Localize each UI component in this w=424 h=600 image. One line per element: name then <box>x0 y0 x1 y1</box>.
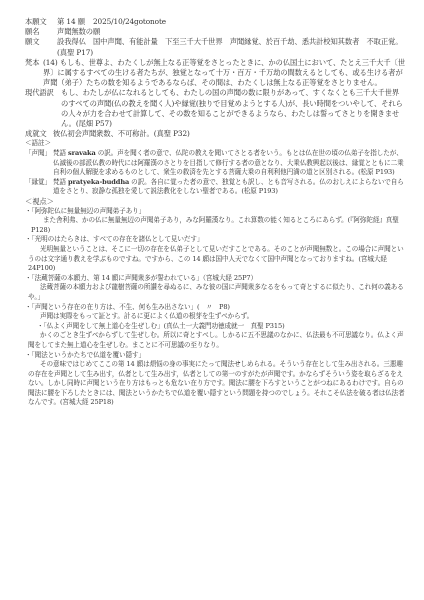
glossary-item: 「声聞」 梵語 sravaka の訳。声を聞く者の意で、仏陀の教えを聞いてさとる… <box>25 149 405 178</box>
glossary-section: ＜語註＞ 「声聞」 梵語 sravaka の訳。声を聞く者の意で、仏陀の教えを聞… <box>25 139 405 197</box>
vow-name-line: 願名 声聞無数の願 <box>25 27 405 37</box>
vow-text-block: 願文 設我得仏 国中声聞、有能計量 下至三千大千世界 声聞縁覚、於百千劫、悉共計… <box>25 37 405 57</box>
viewpoints-section: ＜視点＞ ・「阿弥陀仏に無量無辺の声聞弟子あり」 また舎利弗、かの仏に無量無辺の… <box>25 197 405 408</box>
viewpoint-title: ・「阿弥陀仏に無量無辺の声聞弟子あり」 <box>25 207 405 217</box>
glossary-definition: 梵語 sravaka の訳。声を聞く者の意で、仏陀の教えを聞いてさとる者をいう。… <box>53 149 405 178</box>
modern-value: もし、わたしが仏になれるとしても、わたしの国の声聞の数に限りがあって、すくなくと… <box>61 88 405 129</box>
definition-text: の訳。声を聞く者の意で、仏陀の教えを聞いてさとる者をいう。もとは仏在世の頃の仏弟… <box>53 149 404 176</box>
sanskrit-value: (14) もしも、世尊よ、わたくしが無上なる正等覚をさとったときに、かの仏国土に… <box>43 58 405 89</box>
sanskrit-term: pratyeka-buddha <box>68 178 129 186</box>
viewpoint-body: 法蔵菩薩の本願力および龍樹菩薩の所讃を尋ぬるに、みな彼の国に声聞衆多なるをもって… <box>25 283 405 302</box>
vow-text-label: 願文 <box>25 37 57 57</box>
vow-name-value: 声聞無数の願 <box>57 27 405 37</box>
viewpoint-item: ・「光明のはたらきは、すべての存在を諸仏として見いだす」 光明無量ということは、… <box>25 235 405 273</box>
glossary-heading: ＜語註＞ <box>25 139 405 149</box>
vow-text-value: 設我得仏 国中声聞、有能計量 下至三千大千世界 声聞縁覚、於百千劫、悉共計校知其… <box>57 37 405 57</box>
viewpoint-subitem: ・「仏よく声聞をして無上道心を生ぜしむ」(真仏土一大義門功徳成就一 真聖 P31… <box>25 322 405 332</box>
viewpoint-subtitle: ・「仏よく声聞をして無上道心を生ぜしむ」(真仏土一大義門功徳成就一 真聖 P31… <box>37 322 405 332</box>
vow-number: 第 14 願 <box>57 17 93 27</box>
glossary-item: 「縁覚」 梵語 pratyeka-buddha の訳。各自に覚った者の意で、独覚… <box>25 178 405 197</box>
viewpoint-item: ・「法蔵菩薩の本願力、第 14 願に声聞衆多が誓われている」（宮城大経 25P7… <box>25 274 405 303</box>
fulfillment-line: 成就文 彼仏初会声聞衆数、不可称計。(真聖 P32) <box>25 129 405 139</box>
header-label: 本願文 <box>25 17 57 27</box>
modern-label: 現代語訳 <box>25 88 61 129</box>
viewpoint-body: また舎利弗、かの仏に無量無辺の声聞弟子あり，みな阿羅漢なり。これ算数の能く知ると… <box>25 216 405 235</box>
fulfillment-value: 彼仏初会声聞衆数、不可称計。(真聖 P32) <box>53 129 405 139</box>
viewpoint-body: 光明無量ということは、そこに一切の存在を仏弟子として見いだすことである。そのこと… <box>25 245 405 274</box>
definition-prefix: 梵語 <box>53 178 68 186</box>
viewpoints-heading: ＜視点＞ <box>25 197 405 207</box>
viewpoint-title: ・「法蔵菩薩の本願力、第 14 願に声聞衆多が誓われている」（宮城大経 25P7… <box>25 274 405 284</box>
sanskrit-label: 梵本 <box>25 58 43 89</box>
document-page: 本願文 第 14 願 2025/10/24gotonote 願名 声聞無数の願 … <box>25 17 405 408</box>
viewpoint-body: その意味ではじめてここの第 14 願は煩悩の身の事実にたって聞法せしめられる。そ… <box>25 360 405 408</box>
viewpoint-title: ・「聞法というかたちで仏道を覆い隠す」 <box>25 351 405 361</box>
viewpoint-title: ・「光明のはたらきは、すべての存在を諸仏として見いだす」 <box>25 235 405 245</box>
glossary-definition: 梵語 pratyeka-buddha の訳。各自に覚った者の意で、独覚とも訳し、… <box>53 178 405 197</box>
fulfillment-label: 成就文 <box>25 129 53 139</box>
viewpoint-item: ・「阿弥陀仏に無量無辺の声聞弟子あり」 また舎利弗、かの仏に無量無辺の声聞弟子あ… <box>25 207 405 236</box>
header-line: 本願文 第 14 願 2025/10/24gotonote <box>25 17 405 27</box>
viewpoint-title: ・「声聞という存在の在り方は、不生、何も生み出さない」( 〃 P8) <box>25 303 405 313</box>
glossary-term: 「縁覚」 <box>25 178 53 197</box>
vow-name-label: 願名 <box>25 27 57 37</box>
modern-translation-block: 現代語訳 もし、わたしが仏になれるとしても、わたしの国の声聞の数に限りがあって、… <box>25 88 405 129</box>
viewpoint-subbody: かくのごとき生ずべからずして生ぜしむ。所以に奇とすべし。しかるに五不思議のなかに… <box>25 331 405 350</box>
viewpoint-item: ・「聞法というかたちで仏道を覆い隠す」 その意味ではじめてここの第 14 願は煩… <box>25 351 405 409</box>
definition-prefix: 梵語 <box>53 149 68 157</box>
sanskrit-term: sravaka <box>68 149 96 157</box>
viewpoint-body: 声聞は実際をもって証とす。計るに更によく仏道の根芽を生ずべからず。 <box>25 312 405 322</box>
sanskrit-block: 梵本 (14) もしも、世尊よ、わたくしが無上なる正等覚をさとったときに、かの仏… <box>25 58 405 89</box>
viewpoint-item: ・「声聞という存在の在り方は、不生、何も生み出さない」( 〃 P8) 声聞は実際… <box>25 303 405 351</box>
glossary-term: 「声聞」 <box>25 149 53 178</box>
date-author: 2025/10/24gotonote <box>93 17 166 27</box>
